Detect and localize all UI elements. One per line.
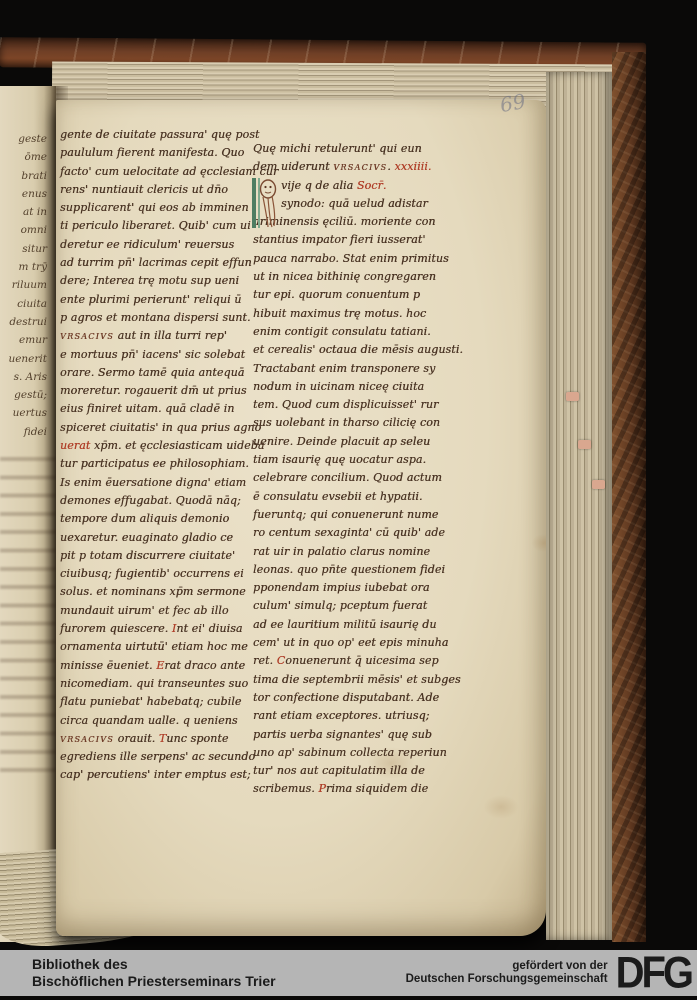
ink-text: uno ap' sabinum collecta reperiun (253, 746, 447, 759)
ink-text: ad turrim pn̄' lacrimas cepit effun (60, 256, 252, 269)
facing-page-fragment: ciuita (0, 295, 47, 313)
manuscript-line: pauca narrabo. Stat enim primitus (253, 250, 473, 268)
manuscript-line: spiceret ciuitatis' in qua prius agno (60, 419, 252, 437)
manuscript-line: cem' ut in quo op' eet epis minuha (253, 634, 473, 652)
page-stack-fore-edge (546, 72, 612, 940)
manuscript-line: supplicarent' qui eos ab imminen (60, 199, 252, 217)
manuscript-line: tem. Quod cum displicuisset' rur (253, 396, 473, 414)
facing-page-fragment: enus (0, 185, 47, 203)
manuscript-line: nodum in uicinam niceę ciuita (253, 378, 473, 396)
manuscript-line: sus uolebant in tharso cilicię con (253, 414, 473, 432)
facing-page-fragment: emur (0, 331, 47, 349)
manuscript-line: leonas. quo pn̄te questionem fidei (253, 561, 473, 579)
ink-text: vrsacivs (333, 160, 387, 173)
manuscript-line: tima die septembrii mēsis' et subges (253, 671, 473, 689)
manuscript-line: Quę michi retulerunt' qui eun (253, 140, 473, 158)
ink-text: ornamenta uirtutū' etiam hoc me (60, 640, 248, 653)
ink-text: moreretur. rogauerit dm̄ ut prius (60, 384, 247, 397)
manuscript-line: solus. et nominans xp̄m sermone (60, 583, 252, 601)
ink-text: Tractabant enim transponere sy (253, 362, 435, 375)
manuscript-line: vije q de alia Socr̄. (253, 177, 473, 195)
library-attribution: Bibliothek des Bischöflichen Priestersem… (32, 956, 276, 990)
ink-text: orare. Sermo tamē quia antequā (60, 366, 244, 379)
ink-text: gente de ciuitate passura' quę post (60, 128, 259, 141)
ink-text: enim contigit consulatu tatiani. (253, 325, 431, 338)
manuscript-line: uerat xp̄m. et ęcclesiasticam uideba (60, 437, 252, 455)
manuscript-line: uno ap' sabinum collecta reperiun (253, 744, 473, 762)
rubric-text: P (318, 782, 326, 795)
library-name-line2: Bischöflichen Priesterseminars Trier (32, 973, 276, 990)
ink-text: pponendam impius iubebat ora (253, 581, 430, 594)
manuscript-line: uexaretur. euaginato gladio ce (60, 529, 252, 547)
manuscript-line: ē consulatu evsebii et hypatii. (253, 488, 473, 506)
manuscript-line: vrsacivs aut in illa turri rep' (60, 327, 252, 345)
funding-line2: Deutschen Forschungsgemeinschaft (406, 973, 608, 987)
manuscript-line: minisse ēueniet. Erat draco ante (60, 657, 252, 675)
manuscript-line: vrsacivs orauit. Tunc sponte (60, 730, 252, 748)
ink-text: hibuit maximus trę motus. hoc (253, 307, 426, 320)
ink-text: pit p totam discurrere ciuitate' (60, 549, 235, 562)
ink-text: et cerealis' octaua die mēsis augusti. (253, 343, 463, 356)
manuscript-line: rat uir in palatio clarus nomine (253, 543, 473, 561)
ink-text: cem' ut in quo op' eet epis minuha (253, 636, 448, 649)
manuscript-line: tur participatus ee philosophiam. (60, 455, 252, 473)
ink-text: paululum fierent manifesta. Quo (60, 146, 244, 159)
ink-text: fueruntq; qui conuenerunt nume (253, 508, 438, 521)
manuscript-line: circa quandam ualle. q ueniens (60, 712, 252, 730)
ink-text: ti periculo liberaret. Quib' cum ui (60, 219, 251, 232)
manuscript-line: ente plurimi perierunt' reliqui ū (60, 291, 252, 309)
ink-text: xp̄m. et ęcclesiasticam uideba (90, 439, 264, 452)
manuscript-line: tor confectione disputabant. Ade (253, 689, 473, 707)
manuscript-line: moreretur. rogauerit dm̄ ut prius (60, 382, 252, 400)
manuscript-line: dere; Interea trę motu sup ueni (60, 272, 252, 290)
manuscript-line: celebrare concilium. Quod actum (253, 469, 473, 487)
ink-text: uexaretur. euaginato gladio ce (60, 531, 233, 544)
manuscript-line: rant etiam exceptores. utriusq; (253, 707, 473, 725)
ink-text: pauca narrabo. Stat enim primitus (253, 252, 449, 265)
manuscript-line: partis uerba signantes' quę sub (253, 726, 473, 744)
ink-text: demones effugabat. Quodā nāq; (60, 494, 241, 507)
facing-page-fragment: m trȳ (0, 258, 47, 276)
manuscript-line: fueruntq; qui conuenerunt nume (253, 506, 473, 524)
left-text-column: gente de ciuitate passura' quę postpaulu… (60, 126, 252, 785)
ink-text: tur' nos aut capitulatim illa de (253, 764, 425, 777)
manuscript-line: ut in nicea bithinię congregaren (253, 268, 473, 286)
manuscript-line: cap' percutiens' inter emptus est; (60, 766, 252, 784)
manuscript-line: stantius impator fieri iusserat' (253, 231, 473, 249)
right-text-column: Quę michi retulerunt' qui eundem uiderun… (253, 140, 473, 799)
ink-text: rat draco ante (164, 659, 245, 672)
facing-page-fragment: riluum (0, 276, 47, 294)
ink-text: mundauit uirum' et fec ab illo (60, 604, 229, 617)
facing-page-fragment: fidei (0, 423, 47, 441)
ink-text: onuenerunt q̄ uicesima sep (285, 654, 438, 667)
ink-text: tor confectione disputabant. Ade (253, 691, 439, 704)
manuscript-line: e mortuus pn̄' iacens' sic solebat (60, 346, 252, 364)
ink-text: dem uiderunt (253, 160, 333, 173)
parchment-stain (476, 790, 526, 824)
ink-text: facto' cum uelocitate ad ęcclesiam cur (60, 165, 278, 178)
ink-text: partis uerba signantes' quę sub (253, 728, 432, 741)
manuscript-line: dem uiderunt vrsacivs. xxxiiii. (253, 158, 473, 176)
ink-text: supplicarent' qui eos ab imminen (60, 201, 249, 214)
facing-page-fragment: situr (0, 240, 47, 258)
facing-page-fragment: gestū; (0, 386, 47, 404)
ink-text: nt ei' diuisa (176, 622, 242, 635)
facing-page-fragment: ōme (0, 148, 47, 166)
manuscript-line: mundauit uirum' et fec ab illo (60, 602, 252, 620)
facing-page-fragment: brati (0, 167, 47, 185)
bookmark-tab (578, 440, 591, 449)
ink-text: uenire. Deinde placuit ap seleu (253, 435, 430, 448)
ink-text: tima die septembrii mēsis' et subges (253, 673, 461, 686)
ink-text: nodum in uicinam niceę ciuita (253, 380, 424, 393)
manuscript-line: ro centum sexaginta' cū quib' ade (253, 524, 473, 542)
manuscript-line: ciuibusq; fugientib' occurrens ei (60, 565, 252, 583)
ink-text: p agros et montana dispersi sunt. (60, 311, 251, 324)
facing-page-fragment: omni (0, 221, 47, 239)
decorated-initial-face-icon (251, 177, 277, 229)
facing-page-fragment: uertus (0, 404, 47, 422)
ink-text: flatu puniebat' habebatq; cubile (60, 695, 241, 708)
manuscript-line: furorem quiescere. Int ei' diuisa (60, 620, 252, 638)
ink-text: ret. (253, 654, 277, 667)
ink-text: solus. et nominans xp̄m sermone (60, 585, 246, 598)
manuscript-line: ad turrim pn̄' lacrimas cepit effun (60, 254, 252, 272)
ink-text: dere; Interea trę motu sup ueni (60, 274, 239, 287)
manuscript-line: synodo: quā uelud adistar (253, 195, 473, 213)
manuscript-line: pponendam impius iubebat ora (253, 579, 473, 597)
rubric-text: Socr̄. (357, 179, 387, 192)
manuscript-line: ret. Conuenerunt q̄ uicesima sep (253, 652, 473, 670)
manuscript-line: enim contigit consulatu tatiani. (253, 323, 473, 341)
manuscript-line: tiam isaurię quę uocatur aspa. (253, 451, 473, 469)
manuscript-line: pit p totam discurrere ciuitate' (60, 547, 252, 565)
ink-text: ē consulatu evsebii et hypatii. (253, 490, 423, 503)
manuscript-line: flatu puniebat' habebatq; cubile (60, 693, 252, 711)
ink-text: tur epi. quorum conuentum p (253, 288, 420, 301)
library-name-line1: Bibliothek des (32, 956, 276, 973)
ink-text: ente plurimi perierunt' reliqui ū (60, 293, 241, 306)
ink-text: ro centum sexaginta' cū quib' ade (253, 526, 445, 539)
manuscript-line: ornamenta uirtutū' etiam hoc me (60, 638, 252, 656)
ink-text: scribemus. (253, 782, 318, 795)
funding-line1: gefördert von der (406, 960, 608, 974)
ink-text: stantius impator fieri iusserat' (253, 233, 425, 246)
ink-text: ut in nicea bithinię congregaren (253, 270, 436, 283)
ink-text: ariminensis ęciliū. moriente con (253, 215, 436, 228)
manuscript-line: Is enim ēuersatione digna' etiam (60, 474, 252, 492)
manuscript-line: nicomediam. qui transeuntes suo (60, 675, 252, 693)
leather-binding (612, 52, 646, 942)
ink-text: vrsacivs (60, 329, 114, 342)
manuscript-line: p agros et montana dispersi sunt. (60, 309, 252, 327)
bookmark-tab (566, 392, 579, 401)
manuscript-line: tempore dum aliquis demonio (60, 510, 252, 528)
ink-text: nicomediam. qui transeuntes suo (60, 677, 248, 690)
manuscript-line: culum' simulq; pceptum fuerat (253, 597, 473, 615)
ink-text: minisse ēueniet. (60, 659, 156, 672)
ink-text: vije q de alia (281, 179, 357, 192)
facing-page-fragment: destrui (0, 313, 47, 331)
ink-text: egrediens ille serpens' ac secundo (60, 750, 255, 763)
ink-text: Is enim ēuersatione digna' etiam (60, 476, 246, 489)
funding-attribution: gefördert von der Deutschen Forschungsge… (406, 960, 608, 987)
manuscript-line: facto' cum uelocitate ad ęcclesiam cur (60, 163, 252, 181)
ink-text: tem. Quod cum displicuisset' rur (253, 398, 438, 411)
manuscript-line: rens' nuntiauit clericis ut dn̄o (60, 181, 252, 199)
manuscript-line: tur' nos aut capitulatim illa de (253, 762, 473, 780)
ink-text: orauit. (114, 732, 159, 745)
manuscript-line: Tractabant enim transponere sy (253, 360, 473, 378)
ink-text: furorem quiescere. (60, 622, 172, 635)
manuscript-line: et cerealis' octaua die mēsis augusti. (253, 341, 473, 359)
ink-text: ad ee lauritium militū isaurię du (253, 618, 437, 631)
ink-text: tur participatus ee philosophiam. (60, 457, 249, 470)
ink-text: celebrare concilium. Quod actum (253, 471, 442, 484)
ink-text: cap' percutiens' inter emptus est; (60, 768, 251, 781)
manuscript-line: uenire. Deinde placuit ap seleu (253, 433, 473, 451)
ink-text: tempore dum aliquis demonio (60, 512, 229, 525)
ink-text: ciuibusq; fugientib' occurrens ei (60, 567, 244, 580)
manuscript-line: tur epi. quorum conuentum p (253, 286, 473, 304)
manuscript-line: eius finiret uitam. quā cladē in (60, 400, 252, 418)
rubric-text: xxxiiii. (394, 160, 431, 173)
manuscript-line: orare. Sermo tamē quia antequā (60, 364, 252, 382)
rubric-text: uerat (60, 439, 90, 452)
ink-text: deretur ee ridiculum' reuersus (60, 238, 234, 251)
manuscript-line: hibuit maximus trę motus. hoc (253, 305, 473, 323)
folio-number: 69 (498, 90, 527, 116)
ink-text: unc sponte (166, 732, 228, 745)
dfg-logo: DFG (616, 951, 691, 996)
ink-text: eius finiret uitam. quā cladē in (60, 402, 234, 415)
ink-text: rens' nuntiauit clericis ut dn̄o (60, 183, 228, 196)
ink-text: aut in illa turri rep' (114, 329, 227, 342)
ink-text: sus uolebant in tharso cilicię con (253, 416, 440, 429)
ink-text: rima siquidem die (326, 782, 428, 795)
manuscript-line: ariminensis ęciliū. moriente con (253, 213, 473, 231)
ink-text: leonas. quo pn̄te questionem fidei (253, 563, 445, 576)
manuscript-line: scribemus. Prima siquidem die (253, 780, 473, 798)
manuscript-line: ad ee lauritium militū isaurię du (253, 616, 473, 634)
digitized-manuscript-view: gesteōmebratienusat inomnisiturm trȳrilu… (0, 0, 697, 1000)
ink-text: spiceret ciuitatis' in qua prius agno (60, 421, 261, 434)
bookmark-tab (592, 480, 605, 489)
ink-text: circa quandam ualle. q ueniens (60, 714, 238, 727)
manuscript-line: egrediens ille serpens' ac secundo (60, 748, 252, 766)
facing-page-fragment: s. Aris (0, 368, 47, 386)
ink-text: tiam isaurię quę uocatur aspa. (253, 453, 426, 466)
facing-page-fragment: at in (0, 203, 47, 221)
ink-text: rat uir in palatio clarus nomine (253, 545, 430, 558)
ink-text: rant etiam exceptores. utriusq; (253, 709, 429, 722)
manuscript-line: demones effugabat. Quodā nāq; (60, 492, 252, 510)
manuscript-line: gente de ciuitate passura' quę post (60, 126, 252, 144)
ink-text: e mortuus pn̄' iacens' sic solebat (60, 348, 245, 361)
manuscript-line: ti periculo liberaret. Quib' cum ui (60, 217, 252, 235)
attribution-bar: Bibliothek des Bischöflichen Priestersem… (0, 950, 697, 996)
facing-page-fragment: geste (0, 130, 47, 148)
facing-page-fragment: uenerit (0, 350, 47, 368)
rubric-text: C (277, 654, 286, 667)
manuscript-line: deretur ee ridiculum' reuersus (60, 236, 252, 254)
ink-text: Quę michi retulerunt' qui eun (253, 142, 422, 155)
ink-text: culum' simulq; pceptum fuerat (253, 599, 427, 612)
ink-text: vrsacivs (60, 732, 114, 745)
ink-text: synodo: quā uelud adistar (281, 197, 428, 210)
manuscript-line: paululum fierent manifesta. Quo (60, 144, 252, 162)
